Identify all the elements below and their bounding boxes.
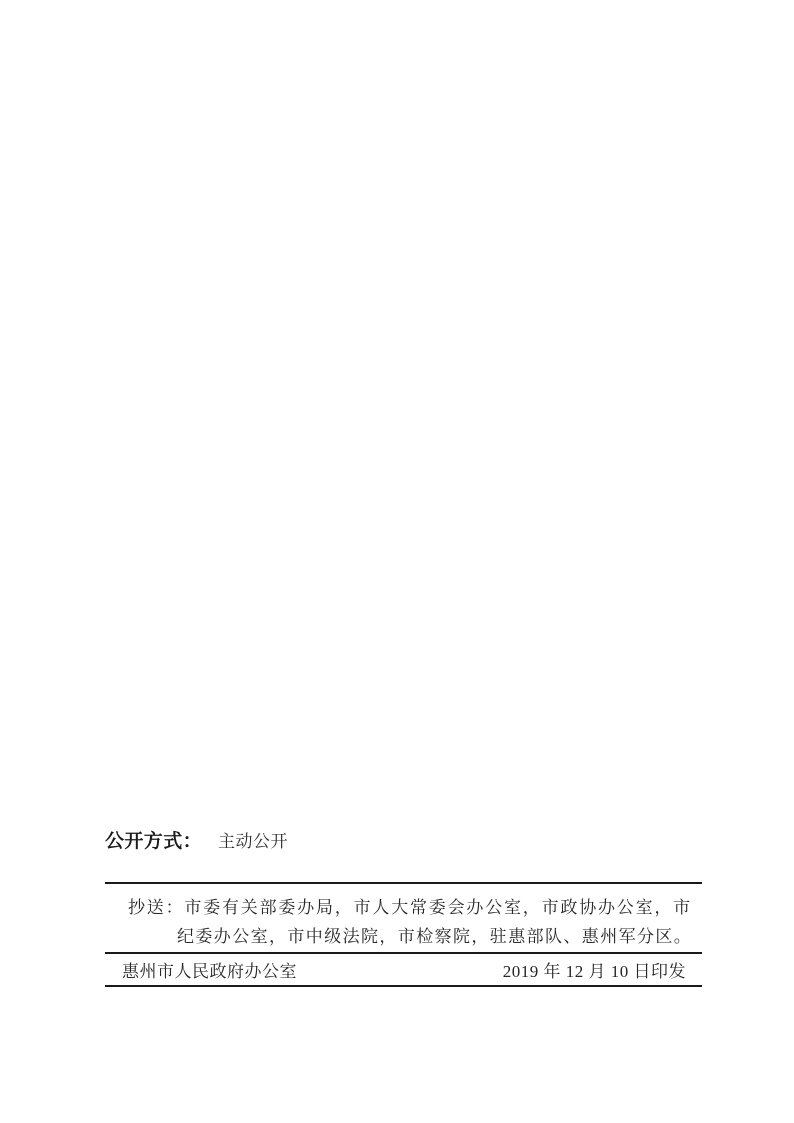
cc-label: 抄送： [128,898,184,917]
issuer-name: 惠州市人民政府办公室 [122,957,297,982]
document-page: 公开方式： 主动公开 抄送：市委有关部委办局，市人大常委会办公室，市政协办公室，… [0,0,794,1123]
colophon-block: 抄送：市委有关部委办局，市人大常委会办公室，市政协办公室，市 纪委办公室，市中级… [105,882,702,987]
publish-mode-value: 主动公开 [218,827,288,852]
print-date: 2019 年 12 月 10 日印发 [503,957,686,982]
issuer-row: 惠州市人民政府办公室 2019 年 12 月 10 日印发 [105,954,702,985]
publish-mode-line: 公开方式： 主动公开 [105,826,288,853]
cc-line-2: 纪委办公室，市中级法院，市检察院，驻惠部队、惠州军分区。 [177,922,702,951]
publish-mode-label: 公开方式： [105,826,202,853]
cc-line-1: 抄送：市委有关部委办局，市人大常委会办公室，市政协办公室，市 [128,893,702,922]
cc-section: 抄送：市委有关部委办局，市人大常委会办公室，市政协办公室，市 纪委办公室，市中级… [105,884,702,952]
cc-text-line1: 市委有关部委办局，市人大常委会办公室，市政协办公室，市 [184,898,692,917]
